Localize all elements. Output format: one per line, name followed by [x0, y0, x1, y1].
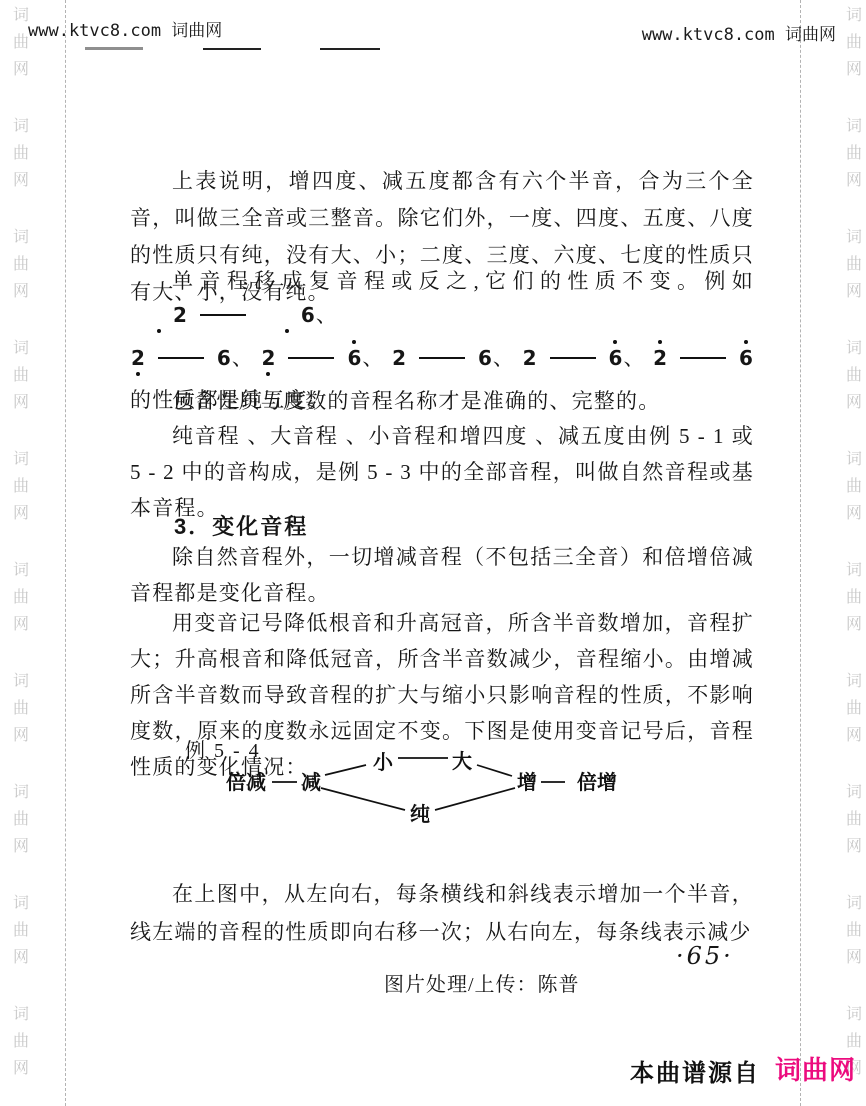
jianpu-note: 6 [738, 348, 754, 368]
tie-line [680, 357, 726, 359]
diagram-node-major: 大 [452, 749, 472, 773]
side-watermark-group: 词曲网 [841, 335, 866, 416]
source-site-logo: 词曲网 [775, 1050, 856, 1087]
interval-pair: 26 [652, 341, 754, 375]
rule-segment-3 [320, 48, 380, 50]
notation-line-2: 26、26、26、26、26 [130, 341, 754, 375]
paragraph-explain: 在上图中，从左向右，每条横线和斜线表示增加一个半音，线左端的音程的性质即向右移一… [130, 875, 754, 951]
interval-quality-diagram: 倍减 减 小 大 增 倍增 纯 [190, 744, 660, 839]
left-dashed-border [65, 0, 66, 1106]
side-watermark-group: 词曲网 [8, 668, 34, 749]
uploader-credit: 图片处理/上传：陈普 [384, 968, 580, 997]
side-watermark-group: 词曲网 [841, 113, 866, 194]
jianpu-note: 2 [522, 348, 538, 368]
tie-line [200, 314, 246, 316]
jianpu-note: 2 [652, 348, 668, 368]
diagram-node-double-diminished: 倍减 [226, 770, 266, 794]
diagram-node-augmented: 增 [517, 770, 537, 794]
side-watermark-group: 词曲网 [8, 890, 34, 971]
page-number: ·65· [676, 942, 734, 970]
interval-pair: 26、 [522, 341, 645, 375]
right-dashed-border [800, 0, 801, 1106]
side-watermark-group: 词曲网 [841, 557, 866, 638]
paragraph-altered: 除自然音程外，一切增减音程（不包括三全音）和倍增倍减音程都是变化音程。 [130, 539, 754, 611]
side-watermark-group: 词曲网 [841, 224, 866, 305]
top-right-watermark: www.ktvc8.com 词曲网 [642, 20, 836, 45]
side-watermark-group: 词曲网 [8, 446, 34, 527]
jianpu-note: 2 [130, 305, 188, 325]
jianpu-note: 2 [130, 348, 146, 368]
tie-line [288, 357, 334, 359]
line-perfect-aug [435, 788, 515, 810]
top-left-watermark: www.ktvc8.com 词曲网 [28, 16, 222, 41]
side-watermark-group: 词曲网 [8, 113, 34, 194]
side-watermark-group: 词曲网 [841, 2, 866, 83]
jianpu-note: 6 [608, 348, 624, 368]
jianpu-note: 2 [261, 348, 277, 368]
notation-lead-text: 单音程移成复音程或反之,它们的性质不变。例如 [172, 269, 754, 293]
interval-pair: 26、 [261, 341, 384, 375]
rule-segment-1 [85, 47, 143, 50]
diagram-node-double-augmented: 倍增 [577, 770, 617, 794]
side-watermark-group: 词曲网 [8, 224, 34, 305]
jianpu-note: 6 [477, 348, 493, 368]
paragraph-name: 包含性质与度数的音程名称才是准确的、完整的。 [130, 383, 754, 420]
line-dim-minor [325, 765, 366, 775]
tie-line [158, 357, 204, 359]
diagram-node-minor: 小 [373, 751, 394, 774]
side-watermark-group: 词曲网 [841, 779, 866, 860]
side-watermark-group: 词曲网 [841, 446, 866, 527]
tie-line [550, 357, 596, 359]
side-watermark-group: 词曲网 [8, 335, 34, 416]
interval-pair: 26、 [130, 341, 253, 375]
line-dim-perfect [321, 788, 405, 810]
rule-segment-2 [203, 48, 261, 50]
jianpu-note: 2 [391, 348, 407, 368]
interval-pair: 26 [130, 303, 316, 327]
line-major-aug [477, 765, 512, 776]
diagram-node-diminished: 减 [301, 770, 321, 794]
right-watermark-column: 词曲网词曲网词曲网词曲网词曲网词曲网词曲网词曲网词曲网词曲网 [841, 2, 866, 1106]
jianpu-note: 6 [346, 348, 362, 368]
side-watermark-group: 词曲网 [8, 557, 34, 638]
jianpu-note: 6 [258, 305, 316, 325]
side-watermark-group: 词曲网 [841, 890, 866, 971]
side-watermark-group: 词曲网 [841, 668, 866, 749]
side-watermark-group: 词曲网 [8, 1001, 34, 1082]
interval-pair: 26、 [391, 341, 514, 375]
side-watermark-group: 词曲网 [8, 779, 34, 860]
notation-line-1: 单音程移成复音程或反之,它们的性质不变。例如26、 [130, 264, 754, 332]
jianpu-note: 6 [216, 348, 232, 368]
left-watermark-column: 词曲网词曲网词曲网词曲网词曲网词曲网词曲网词曲网词曲网词曲网 [8, 2, 34, 1106]
tie-line [419, 357, 465, 359]
diagram-node-perfect: 纯 [410, 802, 430, 826]
source-prefix-text: 本曲谱源自 [630, 1053, 760, 1088]
side-watermark-group: 词曲网 [8, 2, 34, 83]
